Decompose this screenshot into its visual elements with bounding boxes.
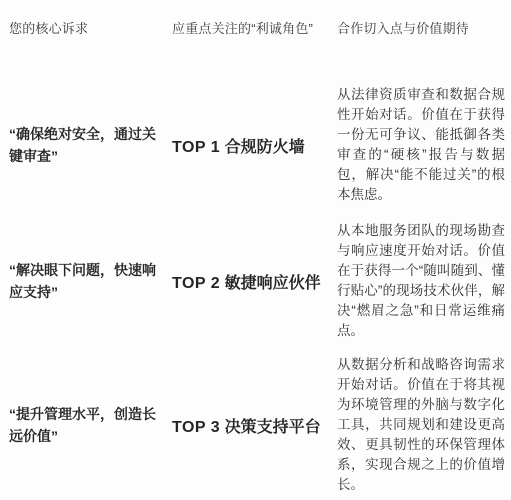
role-name-label: 决策支持平台 xyxy=(225,419,321,436)
comparison-table-page: 您的核心诉求 应重点关注的“利诚角色” 合作切入点与价值期待 “确保绝对安全，通… xyxy=(0,0,511,500)
column-header-role: 应重点关注的“利诚角色” xyxy=(172,18,337,37)
role-name-label: 敏捷响应伙伴 xyxy=(225,275,321,292)
table-row: “确保绝对安全，通过关键审查” TOP 1 合规防火墙 从法律资质审查和数据合规… xyxy=(9,85,507,205)
role-rank-label: TOP 2 xyxy=(172,275,220,292)
core-demand-cell: “提升管理水平，创造长远价值” xyxy=(9,403,172,447)
value-expectation-cell: 从数据分析和战略咨询需求开始对话。价值在于将其视为环境管理的外脑与数字化工具，共… xyxy=(337,355,507,495)
core-demand-cell: “确保绝对安全，通过关键审查” xyxy=(9,123,172,167)
value-expectation-cell: 从本地服务团队的现场勘查与响应速度开始对话。价值在于获得一个“随叫随到、懂行贴心… xyxy=(337,221,507,341)
table-row: “解决眼下问题，快速响应支持” TOP 2 敏捷响应伙伴 从本地服务团队的现场勘… xyxy=(9,221,507,341)
role-rank-label: TOP 3 xyxy=(172,419,220,436)
role-cell: TOP 1 合规防火墙 xyxy=(172,134,337,157)
column-header-core-demand: 您的核心诉求 xyxy=(9,18,172,37)
table-header-row: 您的核心诉求 应重点关注的“利诚角色” 合作切入点与价值期待 xyxy=(9,18,507,37)
core-demand-cell: “解决眼下问题，快速响应支持” xyxy=(9,259,172,303)
value-expectation-cell: 从法律资质审查和数据合规性开始对话。价值在于获得一份无可争议、能抵御各类审查的“… xyxy=(337,85,507,205)
table-row: “提升管理水平，创造长远价值” TOP 3 决策支持平台 从数据分析和战略咨询需… xyxy=(9,355,507,495)
role-cell: TOP 3 决策支持平台 xyxy=(172,414,337,437)
column-header-value: 合作切入点与价值期待 xyxy=(337,18,507,37)
role-rank-label: TOP 1 xyxy=(172,139,220,156)
role-name-label: 合规防火墙 xyxy=(225,139,305,156)
role-cell: TOP 2 敏捷响应伙伴 xyxy=(172,270,337,293)
